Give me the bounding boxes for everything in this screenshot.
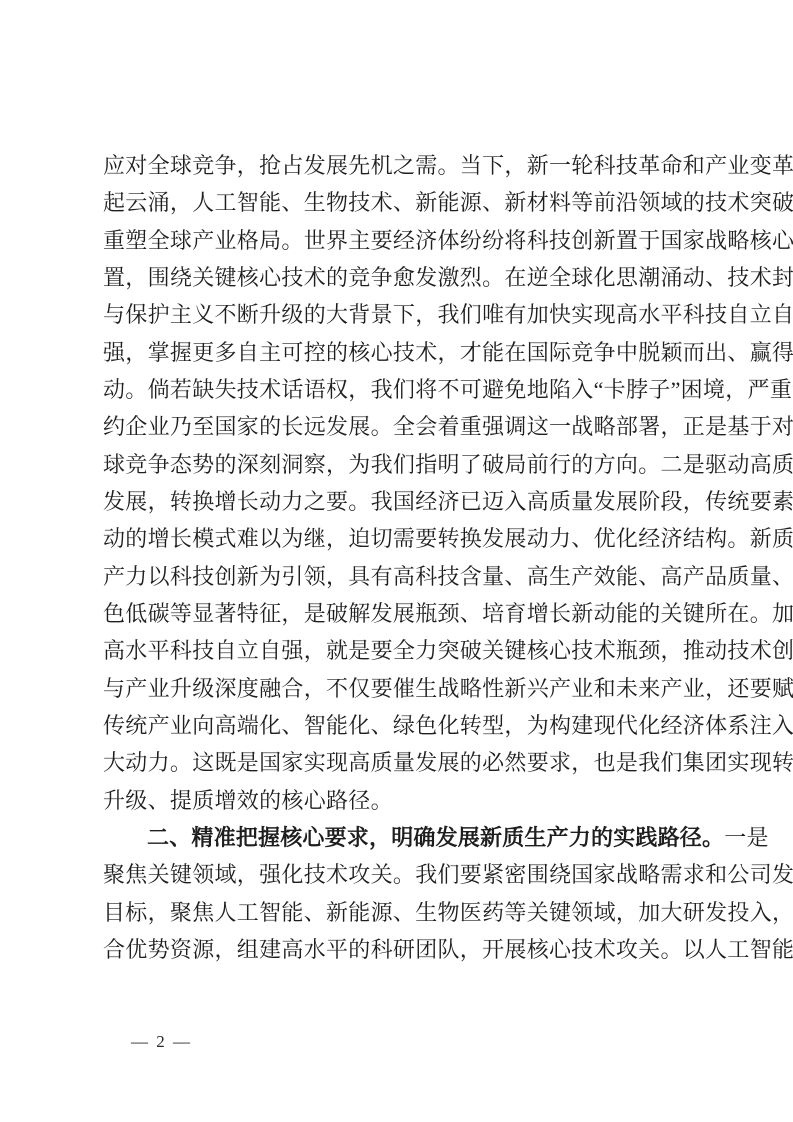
text-line-paragraph-end: 升级、提质增效的核心路径。 [103, 782, 698, 819]
text-line: 发展，转换增长动力之要。我国经济已迈入高质量发展阶段，传统要素驱 [103, 483, 698, 520]
document-body: 应对全球竞争，抢占发展先机之需。当下，新一轮科技革命和产业变革风 起云涌，人工智… [103, 147, 698, 968]
text-line: 传统产业向高端化、智能化、绿色化转型，为构建现代化经济体系注入强 [103, 707, 698, 744]
text-line: 与产业升级深度融合，不仅要催生战略性新兴产业和未来产业，还要赋能 [103, 670, 698, 707]
text-line: 色低碳等显著特征，是破解发展瓶颈、培育增长新动能的关键所在。加快 [103, 595, 698, 632]
text-line: 应对全球竞争，抢占发展先机之需。当下，新一轮科技革命和产业变革风 [103, 147, 698, 184]
text-line: 目标，聚焦人工智能、新能源、生物医药等关键领域，加大研发投入，整 [103, 894, 698, 931]
document-page: 应对全球竞争，抢占发展先机之需。当下，新一轮科技革命和产业变革风 起云涌，人工智… [0, 0, 793, 1122]
text-line: 大动力。这既是国家实现高质量发展的必然要求，也是我们集团实现转型 [103, 744, 698, 781]
text-line: 动的增长模式难以为继，迫切需要转换发展动力、优化经济结构。新质生 [103, 520, 698, 557]
section-heading-tail: 一是 [724, 825, 769, 850]
text-line: 重塑全球产业格局。世界主要经济体纷纷将科技创新置于国家战略核心位 [103, 222, 698, 259]
section-heading-bold: 二、精准把握核心要求，明确发展新质生产力的实践路径。 [147, 825, 724, 850]
text-line: 动。倘若缺失技术话语权，我们将不可避免地陷入“卡脖子”困境，严重制 [103, 371, 698, 408]
text-line: 产力以科技创新为引领，具有高科技含量、高生产效能、高产品质量、绿 [103, 558, 698, 595]
text-line: 与保护主义不断升级的大背景下，我们唯有加快实现高水平科技自立自 [103, 296, 698, 333]
section-heading-line: 二、精准把握核心要求，明确发展新质生产力的实践路径。一是 [103, 819, 698, 856]
text-line: 强，掌握更多自主可控的核心技术，才能在国际竞争中脱颖而出、赢得主 [103, 334, 698, 371]
text-line: 聚焦关键领域，强化技术攻关。我们要紧密围绕国家战略需求和公司发展 [103, 856, 698, 893]
text-line: 置，围绕关键核心技术的竞争愈发激烈。在逆全球化思潮涌动、技术封锁 [103, 259, 698, 296]
text-line: 合优势资源，组建高水平的科研团队，开展核心技术攻关。以人工智能为 [103, 931, 698, 968]
text-line: 球竞争态势的深刻洞察，为我们指明了破局前行的方向。二是驱动高质量 [103, 446, 698, 483]
text-line: 高水平科技自立自强，就是要全力突破关键核心技术瓶颈，推动技术创新 [103, 632, 698, 669]
text-line: 约企业乃至国家的长远发展。全会着重强调这一战略部署，正是基于对全 [103, 408, 698, 445]
text-line: 起云涌，人工智能、生物技术、新能源、新材料等前沿领域的技术突破正 [103, 184, 698, 221]
page-number: — 2 — [131, 1031, 192, 1053]
